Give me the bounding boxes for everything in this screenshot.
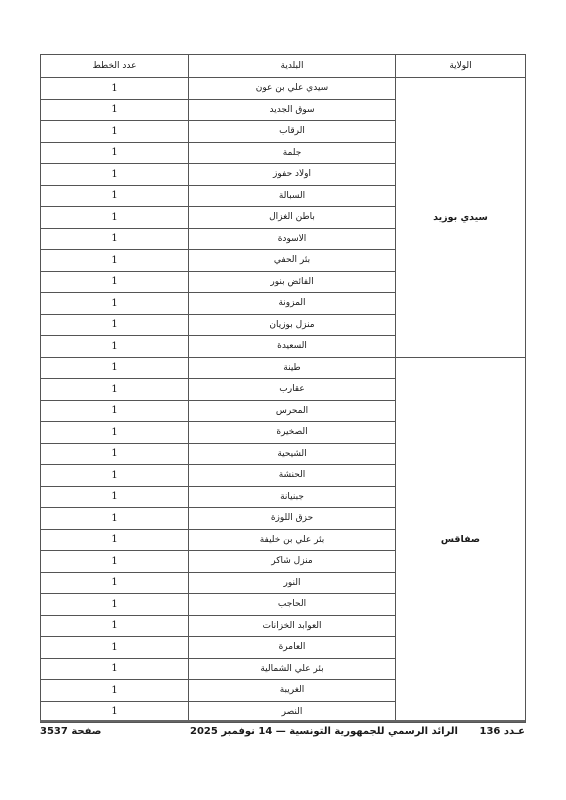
plan-count-cell: 1 [41,121,189,143]
municipality-cell: السعيدة [189,336,396,358]
municipality-cell: باطن الغزال [189,207,396,229]
header-municipality: البلدية [189,55,396,78]
plan-count-cell: 1 [41,164,189,186]
municipality-cell: الحاجب [189,594,396,616]
plan-count-cell: 1 [41,551,189,573]
plan-count-cell: 1 [41,250,189,272]
plan-count-cell: 1 [41,400,189,422]
plan-count-cell: 1 [41,207,189,229]
municipality-cell: الغريبة [189,680,396,702]
table-row: سيدي بوزيدسيدي علي بن عون1 [41,78,526,100]
plan-count-cell: 1 [41,293,189,315]
plan-count-cell: 1 [41,228,189,250]
plan-count-cell: 1 [41,637,189,659]
plan-count-cell: 1 [41,185,189,207]
issue-number: عـدد 136 [479,726,525,737]
plan-count-cell: 1 [41,99,189,121]
municipality-cell: السبالة [189,185,396,207]
municipality-cell: بئر علي بن خليفة [189,529,396,551]
municipality-cell: بئر الحفي [189,250,396,272]
plan-count-cell: 1 [41,658,189,680]
municipality-cell: سوق الجديد [189,99,396,121]
municipalities-table-container: الولاية البلدية عدد الخطط سيدي بوزيدسيدي… [40,54,525,723]
plan-count-cell: 1 [41,486,189,508]
municipality-cell: الرقاب [189,121,396,143]
plan-count-cell: 1 [41,314,189,336]
municipality-cell: العامرة [189,637,396,659]
municipality-cell: حزق اللوزة [189,508,396,530]
municipality-cell: اولاد حفوز [189,164,396,186]
plan-count-cell: 1 [41,422,189,444]
plan-count-cell: 1 [41,529,189,551]
footer-divider [40,720,525,722]
plan-count-cell: 1 [41,271,189,293]
table-header-row: الولاية البلدية عدد الخطط [41,55,526,78]
municipality-cell: الحنشة [189,465,396,487]
municipality-cell: بئر علي الشمالية [189,658,396,680]
municipality-cell: النور [189,572,396,594]
municipality-cell: الشيحية [189,443,396,465]
municipality-cell: الصخيرة [189,422,396,444]
header-region: الولاية [396,55,526,78]
municipality-cell: الاسودة [189,228,396,250]
plan-count-cell: 1 [41,78,189,100]
region-cell: سيدي بوزيد [396,78,526,358]
plan-count-cell: 1 [41,142,189,164]
municipality-cell: جلمة [189,142,396,164]
plan-count-cell: 1 [41,680,189,702]
municipality-cell: سيدي علي بن عون [189,78,396,100]
header-count: عدد الخطط [41,55,189,78]
municipality-cell: المحرس [189,400,396,422]
municipality-cell: طينة [189,357,396,379]
gazette-title-date: الرائد الرسمي للجمهورية التونسية — 14 نو… [190,726,458,737]
plan-count-cell: 1 [41,465,189,487]
municipality-cell: الفائض بنور [189,271,396,293]
plan-count-cell: 1 [41,615,189,637]
municipalities-table: الولاية البلدية عدد الخطط سيدي بوزيدسيدي… [40,54,526,723]
plan-count-cell: 1 [41,572,189,594]
page-footer: عـدد 136 الرائد الرسمي للجمهورية التونسي… [40,726,525,742]
region-cell: صفاقس [396,357,526,723]
municipality-cell: جبنيانة [189,486,396,508]
municipality-cell: العوابد الخزانات [189,615,396,637]
plan-count-cell: 1 [41,594,189,616]
plan-count-cell: 1 [41,336,189,358]
municipality-cell: عقارب [189,379,396,401]
plan-count-cell: 1 [41,379,189,401]
page-number: صفحة 3537 [40,726,101,737]
plan-count-cell: 1 [41,443,189,465]
municipality-cell: منزل بوزيان [189,314,396,336]
municipality-cell: منزل شاكر [189,551,396,573]
table-row: صفاقسطينة1 [41,357,526,379]
table-body: سيدي بوزيدسيدي علي بن عون1سوق الجديد1الر… [41,78,526,723]
plan-count-cell: 1 [41,357,189,379]
plan-count-cell: 1 [41,508,189,530]
municipality-cell: المزونة [189,293,396,315]
